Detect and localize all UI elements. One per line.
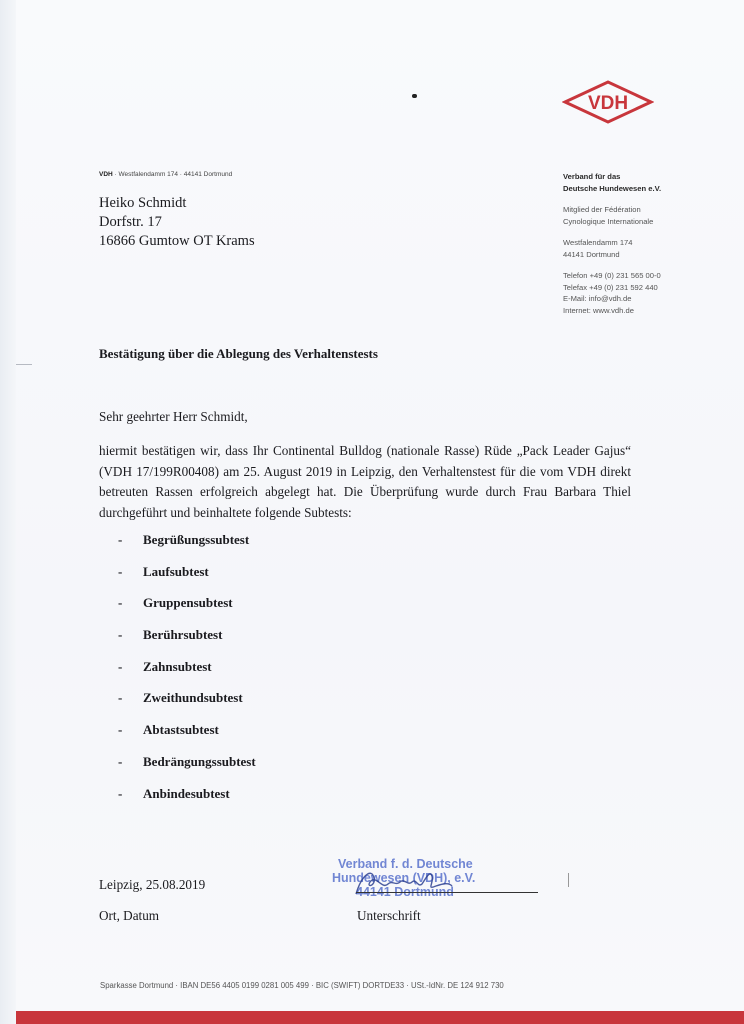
org-city: 44141 Dortmund xyxy=(563,249,661,261)
bullet-dash: - xyxy=(118,627,143,643)
subtest-name: Anbindesubtest xyxy=(143,786,230,801)
org-website: Internet: www.vdh.de xyxy=(563,305,661,317)
recipient-city: 16866 Gumtow OT Krams xyxy=(99,232,255,251)
subtest-name: Zweithundsubtest xyxy=(143,690,243,705)
fold-mark xyxy=(16,364,32,365)
bullet-dash: - xyxy=(118,564,143,580)
org-name-line2: Deutsche Hundewesen e.V. xyxy=(563,183,661,195)
subtest-name: Berührsubtest xyxy=(143,627,222,642)
letter-page: VDH VDH · Westfalendamm 174 · 44141 Dort… xyxy=(0,0,744,1024)
org-fax: Telefax +49 (0) 231 592 440 xyxy=(563,282,661,294)
list-item: -Bedrängungssubtest xyxy=(118,754,256,786)
list-item: -Laufsubtest xyxy=(118,564,256,596)
vdh-diamond-icon: VDH xyxy=(562,79,654,125)
subtest-name: Zahnsubtest xyxy=(143,659,212,674)
bullet-dash: - xyxy=(118,722,143,738)
signature-line xyxy=(356,892,538,893)
organization-info: Verband für das Deutsche Hundewesen e.V.… xyxy=(563,171,661,326)
list-item: -Berührsubtest xyxy=(118,627,256,659)
handwritten-signature-icon xyxy=(352,864,472,900)
place-date: Leipzig, 25.08.2019 xyxy=(99,877,205,893)
org-email: E-Mail: info@vdh.de xyxy=(563,293,661,305)
scan-speck xyxy=(412,94,417,98)
letter-body: hiermit bestätigen wir, dass Ihr Contine… xyxy=(99,441,631,523)
subtest-list: -Begrüßungssubtest -Laufsubtest -Gruppen… xyxy=(118,532,256,817)
org-name-line1: Verband für das xyxy=(563,171,661,183)
sender-address: · Westfalendamm 174 · 44141 Dortmund xyxy=(113,171,232,178)
recipient-address: Heiko Schmidt Dorfstr. 17 16866 Gumtow O… xyxy=(99,194,255,251)
bullet-dash: - xyxy=(118,754,143,770)
place-date-label: Ort, Datum xyxy=(99,908,159,924)
scan-edge xyxy=(0,0,16,1024)
bullet-dash: - xyxy=(118,532,143,548)
org-membership-line2: Cynologique Internationale xyxy=(563,216,661,228)
sender-abbr: VDH xyxy=(99,171,113,178)
bullet-dash: - xyxy=(118,659,143,675)
org-phone: Telefon +49 (0) 231 565 00-0 xyxy=(563,270,661,282)
signature-label: Unterschrift xyxy=(357,908,421,924)
subtest-name: Bedrängungssubtest xyxy=(143,754,256,769)
list-item: -Zahnsubtest xyxy=(118,659,256,691)
list-item: -Anbindesubtest xyxy=(118,786,256,818)
bullet-dash: - xyxy=(118,786,143,802)
salutation: Sehr geehrter Herr Schmidt, xyxy=(99,409,248,425)
subtest-name: Abtastsubtest xyxy=(143,722,219,737)
footer-bar xyxy=(16,1011,744,1024)
org-street: Westfalendamm 174 xyxy=(563,237,661,249)
pen-mark xyxy=(568,873,569,887)
letter-subject: Bestätigung über die Ablegung des Verhal… xyxy=(99,346,378,362)
list-item: -Zweithundsubtest xyxy=(118,690,256,722)
org-membership-line1: Mitglied der Fédération xyxy=(563,204,661,216)
list-item: -Gruppensubtest xyxy=(118,595,256,627)
list-item: -Begrüßungssubtest xyxy=(118,532,256,564)
recipient-name: Heiko Schmidt xyxy=(99,194,255,213)
svg-text:VDH: VDH xyxy=(588,93,628,114)
list-item: -Abtastsubtest xyxy=(118,722,256,754)
bullet-dash: - xyxy=(118,690,143,706)
sender-return-address: VDH · Westfalendamm 174 · 44141 Dortmund xyxy=(99,171,232,178)
subtest-name: Laufsubtest xyxy=(143,564,209,579)
bank-details-footer: Sparkasse Dortmund · IBAN DE56 4405 0199… xyxy=(100,981,504,990)
vdh-logo: VDH xyxy=(562,79,654,125)
subtest-name: Begrüßungssubtest xyxy=(143,532,249,547)
bullet-dash: - xyxy=(118,595,143,611)
subtest-name: Gruppensubtest xyxy=(143,595,233,610)
recipient-street: Dorfstr. 17 xyxy=(99,213,255,232)
